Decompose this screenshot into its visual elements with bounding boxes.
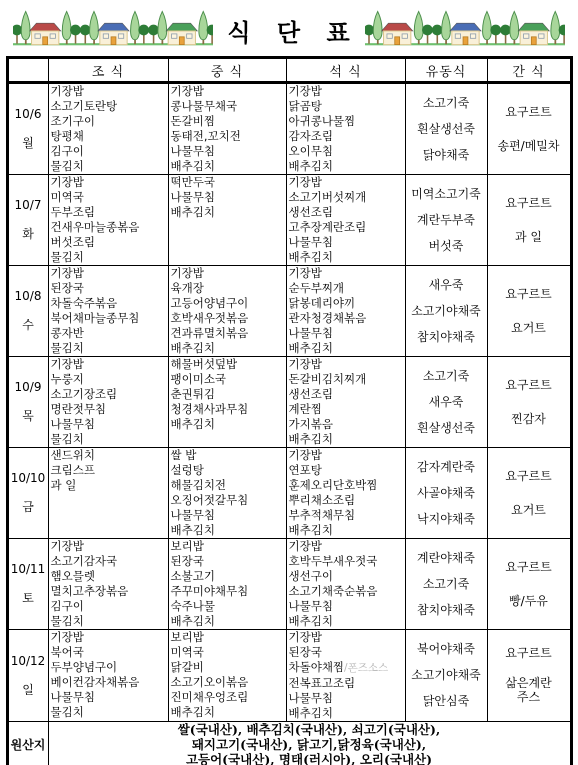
menu-item: 배추김치 xyxy=(287,250,405,265)
menu-item: 생선조림 xyxy=(287,387,405,402)
menu-item: 소고기야채죽 xyxy=(411,304,481,318)
menu-item: 소고기채죽순볶음 xyxy=(287,584,405,599)
menu-item: 명란젓무침 xyxy=(49,402,168,417)
menu-item: 기장밥 xyxy=(287,448,405,463)
meal-plan-page: 식 단 표 조 식 중 식 석 식 유동식 간 식 10/6월기장밥소고기토란탕… xyxy=(0,0,578,765)
date-label: 10/6 xyxy=(9,107,48,121)
menu-item: 두부양념구이 xyxy=(49,660,168,675)
village-clipart-left xyxy=(13,10,213,50)
menu-item: 요구르트 xyxy=(505,287,551,301)
menu-item: 버섯조림 xyxy=(49,235,168,250)
menu-item: 조기구이 xyxy=(49,114,168,129)
menu-item: 콩나물무채국 xyxy=(169,99,286,114)
menu-item: 계란두부죽 xyxy=(417,213,475,227)
menu-item: 닭봉데리야끼 xyxy=(287,296,405,311)
menu-item: 배추김치 xyxy=(287,614,405,629)
menu-item: 소고기토란탕 xyxy=(49,99,168,114)
menu-item: 나물무침 xyxy=(287,326,405,341)
menu-item: 훈제오리단호박찜 xyxy=(287,478,405,493)
menu-item: 새우죽 xyxy=(429,395,464,409)
menu-item: 기장밥 xyxy=(169,84,286,99)
menu-item: 흰살생선죽 xyxy=(417,421,475,435)
menu-table-body: 10/6월기장밥소고기토란탕조기구이탕평채김구이물김치기장밥콩나물무채국돈갈비찜… xyxy=(7,83,571,722)
day-label: 수 xyxy=(9,316,48,333)
liquid-cell: 소고기죽흰살생선죽닭야채죽 xyxy=(405,83,487,175)
menu-item: 기장밥 xyxy=(49,84,168,99)
menu-item: 보리밥 xyxy=(169,630,286,645)
menu-item: 해물김치전 xyxy=(169,478,286,493)
date-cell: 10/7화 xyxy=(7,175,48,266)
menu-item: 요구르트 xyxy=(505,469,551,483)
menu-item: 순두부찌개 xyxy=(287,281,405,296)
menu-item: 닭안심죽 xyxy=(423,694,469,708)
date-cell: 10/11토 xyxy=(7,539,48,630)
menu-item: 나물무침 xyxy=(169,508,286,523)
liquid-cell: 계란야채죽소고기죽참치야채죽 xyxy=(405,539,487,630)
menu-item: 물김치 xyxy=(49,341,168,356)
menu-item: 베이컨감자채볶음 xyxy=(49,675,168,690)
dinner-cell: 기장밥돈갈비김치찌개생선조림계란찜가지볶음배추김치 xyxy=(286,357,405,448)
lunch-cell: 보리밥미역국닭갈비소고기오이볶음진미채우엉조림배추김치 xyxy=(168,630,286,722)
menu-item: 오이무침 xyxy=(287,144,405,159)
col-header-breakfast: 조 식 xyxy=(48,58,168,83)
table-row: 10/12일기장밥북어국두부양념구이베이컨감자채볶음나물무침물김치보리밥미역국닭… xyxy=(7,630,571,722)
menu-item: 고추장계란조림 xyxy=(287,220,405,235)
menu-item: 낙지야채죽 xyxy=(417,512,475,526)
dinner-cell: 기장밥닭곰탕아귀콩나물찜감자조림오이무침배추김치 xyxy=(286,83,405,175)
dinner-cell: 기장밥소고기버섯찌개생선조림고추장계란조림나물무침배추김치 xyxy=(286,175,405,266)
date-cell: 10/6월 xyxy=(7,83,48,175)
menu-item: 누룽지 xyxy=(49,372,168,387)
menu-item: 견과류멸치볶음 xyxy=(169,326,286,341)
date-label: 10/8 xyxy=(9,289,48,303)
breakfast-cell: 기장밥소고기토란탕조기구이탕평채김구이물김치 xyxy=(48,83,168,175)
menu-item: 요구르트 xyxy=(505,196,551,210)
snack-cell: 요구르트빵/두유 xyxy=(487,539,571,630)
menu-item: 찐감자 xyxy=(511,412,546,426)
menu-item: 부추적채무침 xyxy=(287,508,405,523)
menu-item: 콩자반 xyxy=(49,326,168,341)
menu-item: 아귀콩나물찜 xyxy=(287,114,405,129)
date-label: 10/7 xyxy=(9,198,48,212)
menu-item: 버섯죽 xyxy=(429,239,464,253)
menu-item: 멸치고추장볶음 xyxy=(49,584,168,599)
menu-item: 뿌리채소조림 xyxy=(287,493,405,508)
menu-item: 된장국 xyxy=(169,554,286,569)
menu-item: 기장밥 xyxy=(287,630,405,645)
day-label: 화 xyxy=(9,225,48,242)
lunch-cell: 보리밥된장국소불고기주꾸미야채무침숙주나물배추김치 xyxy=(168,539,286,630)
date-cell: 10/12일 xyxy=(7,630,48,722)
menu-item: 소불고기 xyxy=(169,569,286,584)
snack-cell: 요구르트삶은계란 주스 xyxy=(487,630,571,722)
menu-item: 소고기죽 xyxy=(423,96,469,110)
menu-item: 해물버섯덮밥 xyxy=(169,357,286,372)
menu-item: 차돌야채찜/폰즈소스 xyxy=(287,660,405,676)
menu-table: 조 식 중 식 석 식 유동식 간 식 10/6월기장밥소고기토란탕조기구이탕평… xyxy=(6,56,573,765)
liquid-cell: 북어야채죽소고기야채죽닭안심죽 xyxy=(405,630,487,722)
header: 식 단 표 xyxy=(0,0,578,54)
menu-item: 숙주나물 xyxy=(169,599,286,614)
breakfast-cell: 기장밥누룽지소고기장조림명란젓무침나물무침물김치 xyxy=(48,357,168,448)
day-label: 금 xyxy=(9,498,48,515)
snack-cell: 요구르트찐감자 xyxy=(487,357,571,448)
menu-item: 크림스프 xyxy=(49,463,168,478)
liquid-cell: 감자계란죽사골야채죽낙지야채죽 xyxy=(405,448,487,539)
menu-item: 기장밥 xyxy=(49,539,168,554)
menu-item: 흰살생선죽 xyxy=(417,122,475,136)
menu-item: 기장밥 xyxy=(287,357,405,372)
menu-item: 쌀 밥 xyxy=(169,448,286,463)
menu-item: 북어야채죽 xyxy=(417,642,475,656)
menu-item: 생선구이 xyxy=(287,569,405,584)
menu-item: 두부조림 xyxy=(49,205,168,220)
menu-item: 떡만두국 xyxy=(169,175,286,190)
menu-item: 배추김치 xyxy=(287,523,405,538)
menu-item: 기장밥 xyxy=(287,266,405,281)
menu-item: 샌드위치 xyxy=(49,448,168,463)
menu-item: 김구이 xyxy=(49,144,168,159)
breakfast-cell: 기장밥북어국두부양념구이베이컨감자채볶음나물무침물김치 xyxy=(48,630,168,722)
date-cell: 10/9목 xyxy=(7,357,48,448)
menu-item: 나물무침 xyxy=(287,599,405,614)
menu-item: 배추김치 xyxy=(287,432,405,447)
lunch-cell: 기장밥콩나물무채국돈갈비찜동태전,꼬치전나물무침배추김치 xyxy=(168,83,286,175)
dinner-cell: 기장밥호박두부새우젓국생선구이소고기채죽순볶음나물무침배추김치 xyxy=(286,539,405,630)
date-label: 10/9 xyxy=(9,380,48,394)
menu-item: 김구이 xyxy=(49,599,168,614)
menu-item: 돈갈비김치찌개 xyxy=(287,372,405,387)
menu-item: 소고기감자국 xyxy=(49,554,168,569)
table-row: 10/7화기장밥미역국두부조림건새우마늘종볶음버섯조림물김치떡만두국나물무침배추… xyxy=(7,175,571,266)
day-label: 목 xyxy=(9,407,48,424)
lunch-cell: 해물버섯덮밥팽이미소국춘권튀김청경채사과무침배추김치 xyxy=(168,357,286,448)
menu-item: 호박두부새우젓국 xyxy=(287,554,405,569)
snack-cell: 요구르트요거트 xyxy=(487,448,571,539)
menu-item: 기장밥 xyxy=(49,357,168,372)
menu-item: 소고기야채죽 xyxy=(411,668,481,682)
col-header-dinner: 석 식 xyxy=(286,58,405,83)
menu-item: 계란찜 xyxy=(287,402,405,417)
village-clipart-right xyxy=(365,10,565,50)
menu-item: 배추김치 xyxy=(169,341,286,356)
lunch-cell: 떡만두국나물무침배추김치 xyxy=(168,175,286,266)
table-row: 10/11토기장밥소고기감자국햄오믈렛멸치고추장볶음김구이물김치보리밥된장국소불… xyxy=(7,539,571,630)
liquid-cell: 소고기죽새우죽흰살생선죽 xyxy=(405,357,487,448)
menu-item: 설렁탕 xyxy=(169,463,286,478)
date-cell: 10/8수 xyxy=(7,266,48,357)
header-row: 조 식 중 식 석 식 유동식 간 식 xyxy=(7,58,571,83)
menu-item: 감자계란죽 xyxy=(417,460,475,474)
table-row: 10/9목기장밥누룽지소고기장조림명란젓무침나물무침물김치해물버섯덮밥팽이미소국… xyxy=(7,357,571,448)
menu-item: 연포탕 xyxy=(287,463,405,478)
menu-item: 소고기장조림 xyxy=(49,387,168,402)
day-label: 월 xyxy=(9,134,48,151)
menu-item: 돈갈비찜 xyxy=(169,114,286,129)
snack-cell: 요구르트요거트 xyxy=(487,266,571,357)
menu-item: 기장밥 xyxy=(287,84,405,99)
menu-item: 배추김치 xyxy=(169,705,286,720)
menu-item: 기장밥 xyxy=(49,630,168,645)
menu-item: 배추김치 xyxy=(169,159,286,174)
menu-item: 호박새우젓볶음 xyxy=(169,311,286,326)
menu-item: 요거트 xyxy=(511,321,546,335)
menu-item: 물김치 xyxy=(49,250,168,265)
snack-cell: 요구르트과 일 xyxy=(487,175,571,266)
origin-label: 원산지 xyxy=(7,722,48,765)
menu-item: 배추김치 xyxy=(287,341,405,356)
col-header-lunch: 중 식 xyxy=(168,58,286,83)
menu-item: 육개장 xyxy=(169,281,286,296)
day-label: 토 xyxy=(9,589,48,606)
table-row: 10/8수기장밥된장국차돌숙주볶음북어채마늘종무침콩자반물김치기장밥육개장고등어… xyxy=(7,266,571,357)
menu-item: 물김치 xyxy=(49,159,168,174)
menu-item: 물김치 xyxy=(49,432,168,447)
menu-item: 배추김치 xyxy=(169,614,286,629)
menu-item: 요구르트 xyxy=(505,378,551,392)
menu-item: 기장밥 xyxy=(49,266,168,281)
table-row: 10/6월기장밥소고기토란탕조기구이탕평채김구이물김치기장밥콩나물무채국돈갈비찜… xyxy=(7,83,571,175)
menu-item: 소고기죽 xyxy=(423,369,469,383)
dinner-cell: 기장밥연포탕훈제오리단호박찜뿌리채소조림부추적채무침배추김치 xyxy=(286,448,405,539)
menu-item: 감자조림 xyxy=(287,129,405,144)
menu-item: 북어국 xyxy=(49,645,168,660)
menu-item: 가지볶음 xyxy=(287,417,405,432)
menu-item: 북어채마늘종무침 xyxy=(49,311,168,326)
menu-item: 기장밥 xyxy=(49,175,168,190)
menu-item: 미역소고기죽 xyxy=(411,187,481,201)
breakfast-cell: 샌드위치크림스프과 일 xyxy=(48,448,168,539)
lunch-cell: 쌀 밥설렁탕해물김치전오징어젓갈무침나물무침배추김치 xyxy=(168,448,286,539)
menu-item: 요구르트 xyxy=(505,105,551,119)
menu-item: 나물무침 xyxy=(49,690,168,705)
menu-item: 닭야채죽 xyxy=(423,148,469,162)
date-label: 10/12 xyxy=(9,654,48,668)
day-label: 일 xyxy=(9,681,48,698)
breakfast-cell: 기장밥소고기감자국햄오믈렛멸치고추장볶음김구이물김치 xyxy=(48,539,168,630)
liquid-cell: 미역소고기죽계란두부죽버섯죽 xyxy=(405,175,487,266)
menu-item: 된장국 xyxy=(287,645,405,660)
menu-item: 배추김치 xyxy=(169,523,286,538)
date-cell: 10/10금 xyxy=(7,448,48,539)
menu-item: 참치야채죽 xyxy=(417,603,475,617)
origin-text: 쌀(국내산), 배추김치(국내산), 쇠고기(국내산), 돼지고기(국내산), … xyxy=(48,722,571,765)
dinner-cell: 기장밥순두부찌개닭봉데리야끼관자청경채볶음나물무침배추김치 xyxy=(286,266,405,357)
menu-item: 물김치 xyxy=(49,614,168,629)
menu-item: 물김치 xyxy=(49,705,168,720)
table-row: 10/10금샌드위치크림스프과 일쌀 밥설렁탕해물김치전오징어젓갈무침나물무침배… xyxy=(7,448,571,539)
menu-item: 계란야채죽 xyxy=(417,551,475,565)
col-header-liquid: 유동식 xyxy=(405,58,487,83)
menu-item: 동태전,꼬치전 xyxy=(169,129,286,144)
menu-item: 청경채사과무침 xyxy=(169,402,286,417)
menu-item: 배추김치 xyxy=(169,205,286,220)
dinner-cell: 기장밥된장국차돌야채찜/폰즈소스전복표고조림나물무침배추김치 xyxy=(286,630,405,722)
menu-item: 참치야채죽 xyxy=(417,330,475,344)
menu-item: 고등어양념구이 xyxy=(169,296,286,311)
menu-item: 닭갈비 xyxy=(169,660,286,675)
page-title: 식 단 표 xyxy=(217,13,360,48)
menu-item: 나물무침 xyxy=(169,144,286,159)
menu-item: 보리밥 xyxy=(169,539,286,554)
menu-item: 건새우마늘종볶음 xyxy=(49,220,168,235)
col-header-snack: 간 식 xyxy=(487,58,571,83)
menu-item: 소고기버섯찌개 xyxy=(287,190,405,205)
date-label: 10/11 xyxy=(9,562,48,576)
menu-item: 나물무침 xyxy=(49,417,168,432)
col-header-date xyxy=(7,58,48,83)
menu-item: 요거트 xyxy=(511,503,546,517)
menu-item-note: /폰즈소스 xyxy=(344,662,388,674)
menu-item: 주꾸미야채무침 xyxy=(169,584,286,599)
menu-item: 닭곰탕 xyxy=(287,99,405,114)
origin-row: 원산지 쌀(국내산), 배추김치(국내산), 쇠고기(국내산), 돼지고기(국내… xyxy=(7,722,571,765)
menu-item: 사골야채죽 xyxy=(417,486,475,500)
menu-item: 햄오믈렛 xyxy=(49,569,168,584)
menu-item: 빵/두유 xyxy=(509,594,548,608)
snack-cell: 요구르트송편/메밀차 xyxy=(487,83,571,175)
menu-item: 송편/메밀차 xyxy=(497,139,559,153)
menu-item: 요구르트 xyxy=(505,646,551,660)
menu-item: 나물무침 xyxy=(287,691,405,706)
menu-item: 소고기오이볶음 xyxy=(169,675,286,690)
liquid-cell: 새우죽소고기야채죽참치야채죽 xyxy=(405,266,487,357)
menu-item: 나물무침 xyxy=(169,190,286,205)
menu-item: 차돌숙주볶음 xyxy=(49,296,168,311)
menu-item: 된장국 xyxy=(49,281,168,296)
menu-item: 기장밥 xyxy=(169,266,286,281)
menu-item: 전복표고조림 xyxy=(287,676,405,691)
menu-item: 팽이미소국 xyxy=(169,372,286,387)
menu-item: 생선조림 xyxy=(287,205,405,220)
menu-item: 새우죽 xyxy=(429,278,464,292)
menu-item: 진미채우엉조림 xyxy=(169,690,286,705)
breakfast-cell: 기장밥미역국두부조림건새우마늘종볶음버섯조림물김치 xyxy=(48,175,168,266)
menu-item: 기장밥 xyxy=(287,175,405,190)
menu-item: 탕평채 xyxy=(49,129,168,144)
menu-item: 미역국 xyxy=(49,190,168,205)
menu-item: 과 일 xyxy=(515,230,542,244)
menu-item: 기장밥 xyxy=(287,539,405,554)
menu-item: 삶은계란 주스 xyxy=(505,676,551,704)
menu-item: 배추김치 xyxy=(287,706,405,721)
lunch-cell: 기장밥육개장고등어양념구이호박새우젓볶음견과류멸치볶음배추김치 xyxy=(168,266,286,357)
menu-item: 배추김치 xyxy=(287,159,405,174)
date-label: 10/10 xyxy=(9,471,48,485)
menu-item: 관자청경채볶음 xyxy=(287,311,405,326)
breakfast-cell: 기장밥된장국차돌숙주볶음북어채마늘종무침콩자반물김치 xyxy=(48,266,168,357)
menu-item: 나물무침 xyxy=(287,235,405,250)
menu-item: 춘권튀김 xyxy=(169,387,286,402)
menu-item: 소고기죽 xyxy=(423,577,469,591)
menu-item: 오징어젓갈무침 xyxy=(169,493,286,508)
menu-item: 미역국 xyxy=(169,645,286,660)
menu-item: 요구르트 xyxy=(505,560,551,574)
menu-item: 배추김치 xyxy=(169,417,286,432)
menu-item: 과 일 xyxy=(49,478,168,493)
